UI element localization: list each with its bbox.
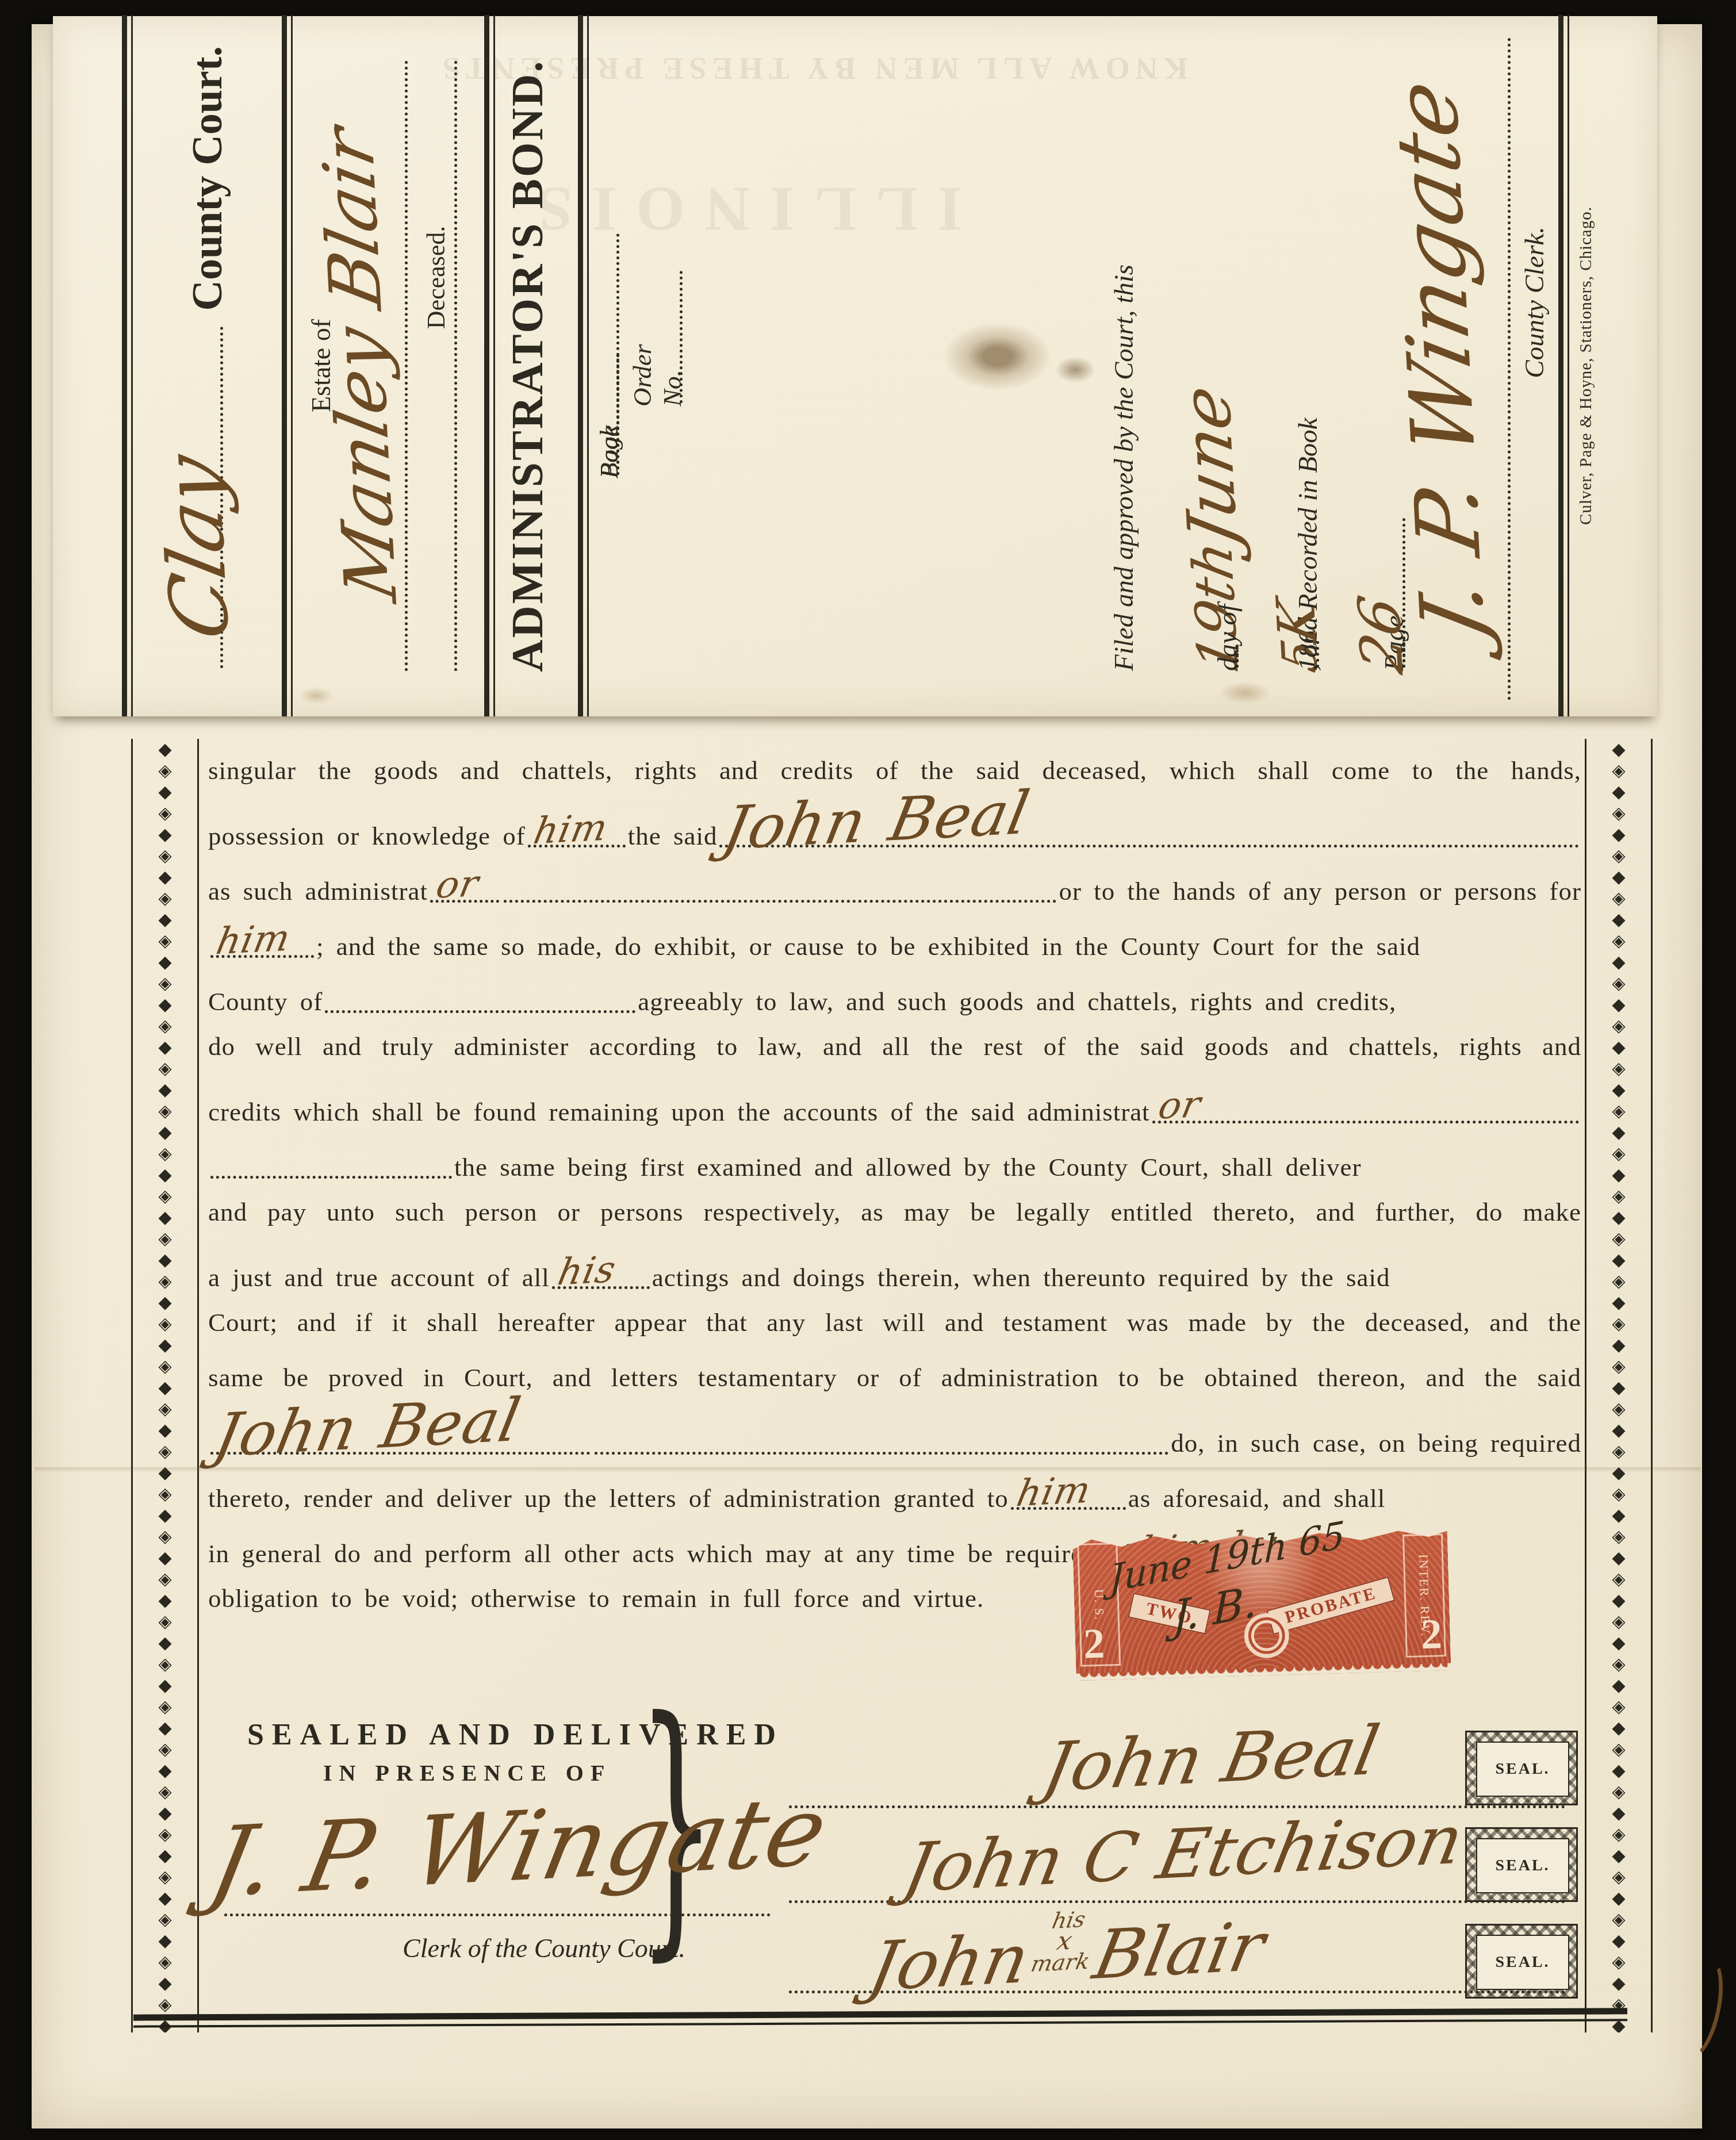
mark-word: mark: [1029, 1949, 1092, 1977]
decorative-border-right: ◆ ◈ ◆ ◈ ◆ ◈ ◆ ◈ ◆ ◈ ◆ ◈ ◆ ◈ ◆ ◈ ◆ ◈ ◆ ◈ …: [1585, 739, 1653, 2032]
signature-line: [224, 1913, 771, 1916]
blank-line: or: [430, 900, 499, 903]
witness-title: Clerk of the County Court.: [403, 1933, 685, 1963]
body-line: a just and true account of allhisactings…: [208, 1240, 1581, 1295]
docket-title: ADMINISTRATOR'S BOND.: [501, 11, 553, 720]
estate-name-line: Manley Blair: [340, 60, 408, 671]
county-blank-line: Clay: [220, 327, 223, 668]
printed-text: thereto, render and deliver up the lette…: [208, 1483, 1009, 1516]
printed-text: possession or knowledge of: [208, 821, 526, 853]
body-line: do well and truly administer according t…: [208, 1019, 1581, 1074]
handwritten-text: or: [433, 865, 482, 904]
printed-text: and pay unto such person or persons resp…: [208, 1198, 1581, 1229]
seal-box-2: SEAL.: [1465, 1827, 1578, 1902]
deceased-label: Deceased.: [421, 226, 451, 329]
blank-line: [1233, 647, 1239, 668]
rule: [1558, 15, 1569, 716]
bond-body-text: singular the goods and chattels, rights …: [208, 743, 1581, 1626]
printed-text: or to the hands of any person or persons…: [1059, 876, 1581, 908]
month-handwriting: June: [1171, 381, 1247, 550]
docket-court-line: Clay County Court.: [154, 46, 229, 668]
his-mark: hisxmark: [1029, 1909, 1099, 1974]
body-line: and pay unto such person or persons resp…: [208, 1184, 1581, 1240]
signer3-last: Blair: [1087, 1907, 1271, 1995]
blank-line: his: [552, 1286, 650, 1289]
printer-imprint: Culver, Page & Hoyne, Stationers, Chicag…: [1577, 11, 1596, 720]
blank-line: [325, 1010, 635, 1013]
blank-line: John Beal: [719, 845, 1579, 847]
printed-text: do well and truly administer according t…: [208, 1032, 1581, 1063]
document-photo: KNOW ALL MEN BY THESE PRESENTS ILLINOIS …: [0, 0, 1736, 2140]
body-line: Court; and if it shall hereafter appear …: [208, 1295, 1581, 1350]
printed-text: ; and the same so made, do exhibit, or c…: [316, 931, 1420, 964]
handwritten-text: him: [531, 810, 611, 850]
rule: [282, 15, 293, 716]
blank-line: him: [210, 955, 314, 958]
county-clerk-label: County Clerk.: [1519, 11, 1550, 593]
stamp-denomination: 2: [1083, 1620, 1105, 1669]
printed-text: the same being first examined and allowe…: [454, 1152, 1581, 1184]
blank-line: [504, 900, 1056, 903]
rule: [122, 15, 133, 716]
fold-crease: [35, 1467, 1701, 1472]
clerk-signature: J. P. Wingate: [1382, 74, 1498, 646]
printed-text: singular the goods and chattels, rights …: [208, 756, 1581, 787]
blank-line: [677, 271, 683, 403]
printed-text: actings and doings therein, when thereun…: [652, 1263, 1581, 1295]
printed-text: a just and true account of all: [208, 1263, 550, 1295]
filed-day-line: 19th day of June: [1180, 43, 1243, 671]
printed-text: as such administrat: [208, 876, 428, 908]
body-line: as such administratoror to the hands of …: [208, 853, 1581, 908]
printed-text: the said: [628, 821, 718, 853]
printed-text: in general do and perform all other acts…: [208, 1539, 1131, 1571]
printed-text: obligation to be void; otherwise to rema…: [208, 1584, 984, 1615]
revenue-stamp: U. S. INTER. REV. 2 2 TWO PROBATE June 1…: [1072, 1525, 1451, 1674]
decorative-border-left: ◆ ◈ ◆ ◈ ◆ ◈ ◆ ◈ ◆ ◈ ◆ ◈ ◆ ◈ ◆ ◈ ◆ ◈ ◆ ◈ …: [131, 739, 199, 2032]
body-line: the same being first examined and allowe…: [208, 1129, 1581, 1184]
seal-box-1: SEAL.: [1465, 1731, 1578, 1805]
blank-line: [614, 233, 619, 475]
county-court-label: County Court.: [186, 46, 229, 310]
body-line: credits which shall be found remaining u…: [208, 1074, 1581, 1129]
printed-text: as aforesaid, and shall: [1128, 1483, 1581, 1516]
printed-text: do, in such case, on being required: [1171, 1428, 1581, 1460]
handwritten-text: him: [213, 920, 293, 960]
blank-line: John Beal: [210, 1452, 590, 1455]
seal-label: SEAL.: [1476, 1742, 1569, 1797]
handwritten-text: his: [555, 1251, 619, 1291]
seal-label: SEAL.: [1476, 1838, 1569, 1893]
handwritten-text: or: [1155, 1086, 1204, 1125]
rule: [578, 15, 589, 716]
filed-year-line: 186 5 , and Recorded in Book K: [1266, 43, 1324, 671]
body-line: John Bealdo, in such case, on being requ…: [208, 1405, 1581, 1460]
blank-line: him: [1011, 1507, 1126, 1510]
printed-text: Court; and if it shall hereafter appear …: [208, 1308, 1581, 1339]
stamp-denomination: 2: [1420, 1610, 1443, 1659]
blank-line: [595, 1452, 1168, 1455]
docket-panel: Clay County Court. Estate of Manley Blai…: [109, 11, 1622, 720]
printed-text: agreeably to law, and such goods and cha…: [638, 987, 1581, 1019]
page-label: Page: [594, 425, 624, 478]
printed-text: County of: [208, 987, 323, 1019]
rule: [484, 15, 495, 716]
handwritten-text: John Beal: [210, 1390, 526, 1465]
blank-line: him: [528, 845, 626, 847]
filed-approved-line: Filed and approved by the Court, this: [1109, 43, 1140, 671]
deceased-line: Deceased.: [421, 60, 457, 671]
in-presence-of-label: IN PRESENCE OF: [323, 1759, 611, 1786]
county-name-handwriting: Clay: [152, 450, 241, 646]
stamp-left-text: U. S.: [1091, 1589, 1107, 1620]
blank-line: or: [1152, 1121, 1579, 1123]
body-line: possession or knowledge ofhimthe saidJoh…: [208, 798, 1581, 853]
signature-line: [1508, 37, 1511, 700]
handwritten-text: John Beal: [719, 783, 1034, 858]
printed-text: credits which shall be found remaining u…: [208, 1097, 1150, 1129]
seal-label: SEAL.: [1476, 1935, 1569, 1990]
blank-line: [210, 1176, 452, 1179]
body-line: County ofagreeably to law, and such good…: [208, 964, 1581, 1019]
body-line: him; and the same so made, do exhibit, o…: [208, 908, 1581, 964]
signer3-first: John: [863, 1919, 1036, 2006]
seal-box-3: SEAL.: [1465, 1924, 1578, 1999]
handwritten-text: him: [1014, 1472, 1094, 1512]
printed-text: same be proved in Court, and letters tes…: [208, 1363, 1581, 1394]
signer-signature-1: John Beal: [1038, 1716, 1384, 1801]
